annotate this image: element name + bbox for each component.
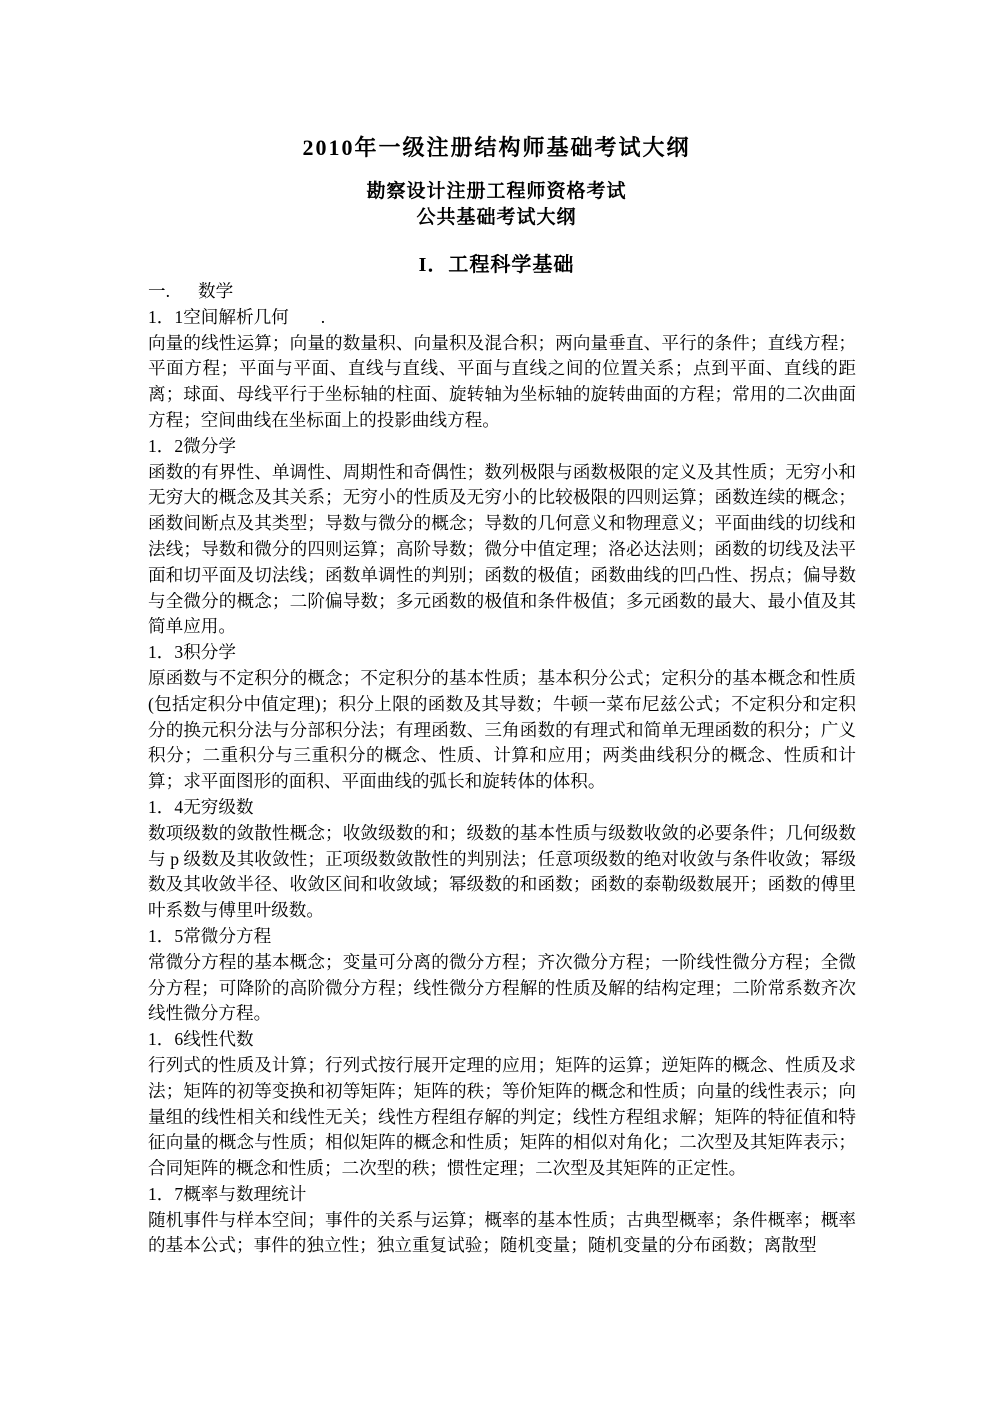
chapter-label: 一. <box>148 281 170 301</box>
section-heading-text: 1．6线性代数 <box>148 1029 254 1049</box>
section-paragraph: 数项级数的敛散性概念；收敛级数的和；级数的基本性质与级数收敛的必要条件；几何级数… <box>148 821 856 924</box>
chapter-title: 数学 <box>198 281 233 301</box>
section-heading: 1．7概率与数理统计 <box>148 1182 856 1208</box>
section-heading: 1．5常微分方程 <box>148 924 856 950</box>
section-paragraph: 随机事件与样本空间；事件的关系与运算；概率的基本性质；古典型概率；条件概率；概率… <box>148 1208 856 1260</box>
section-heading-text: 1．1空间解析几何 <box>148 307 289 327</box>
section-paragraph: 常微分方程的基本概念；变量可分离的微分方程；齐次微分方程；一阶线性微分方程；全微… <box>148 950 856 1027</box>
section-heading: 1．3积分学 <box>148 640 856 666</box>
section-paragraph: 行列式的性质及计算；行列式按行展开定理的应用；矩阵的运算；逆矩阵的概念、性质及求… <box>148 1053 856 1182</box>
section-heading: 1．1空间解析几何. <box>148 305 856 331</box>
section-heading-suffix: . <box>321 307 325 327</box>
part-heading: I．工程科学基础 <box>0 248 993 277</box>
section-paragraph: 函数的有界性、单调性、周期性和奇偶性；数列极限与函数极限的定义及其性质；无穷小和… <box>148 460 856 641</box>
document-body: 一.数学 1．1空间解析几何. 向量的线性运算；向量的数量积、向量积及混合积；两… <box>148 279 856 1259</box>
chapter-heading: 一.数学 <box>148 279 856 305</box>
section-heading-text: 1．5常微分方程 <box>148 926 271 946</box>
section-heading-text: 1．7概率与数理统计 <box>148 1184 306 1204</box>
section-heading-text: 1．4无穷级数 <box>148 797 254 817</box>
document-page: 2010年一级注册结构师基础考试大纲 勘察设计注册工程师资格考试 公共基础考试大… <box>0 0 993 1404</box>
section-paragraph: 原函数与不定积分的概念；不定积分的基本性质；基本积分公式；定积分的基本概念和性质… <box>148 666 856 795</box>
section-paragraph: 向量的线性运算；向量的数量积、向量积及混合积；两向量垂直、平行的条件；直线方程；… <box>148 331 856 434</box>
subtitle-exam-name: 勘察设计注册工程师资格考试 <box>0 176 993 203</box>
section-heading: 1．2微分学 <box>148 434 856 460</box>
section-heading-text: 1．2微分学 <box>148 436 236 456</box>
section-heading: 1．4无穷级数 <box>148 795 856 821</box>
section-heading: 1．6线性代数 <box>148 1027 856 1053</box>
subtitle-syllabus-name: 公共基础考试大纲 <box>0 202 993 229</box>
section-heading-text: 1．3积分学 <box>148 642 236 662</box>
page-title: 2010年一级注册结构师基础考试大纲 <box>0 131 993 162</box>
